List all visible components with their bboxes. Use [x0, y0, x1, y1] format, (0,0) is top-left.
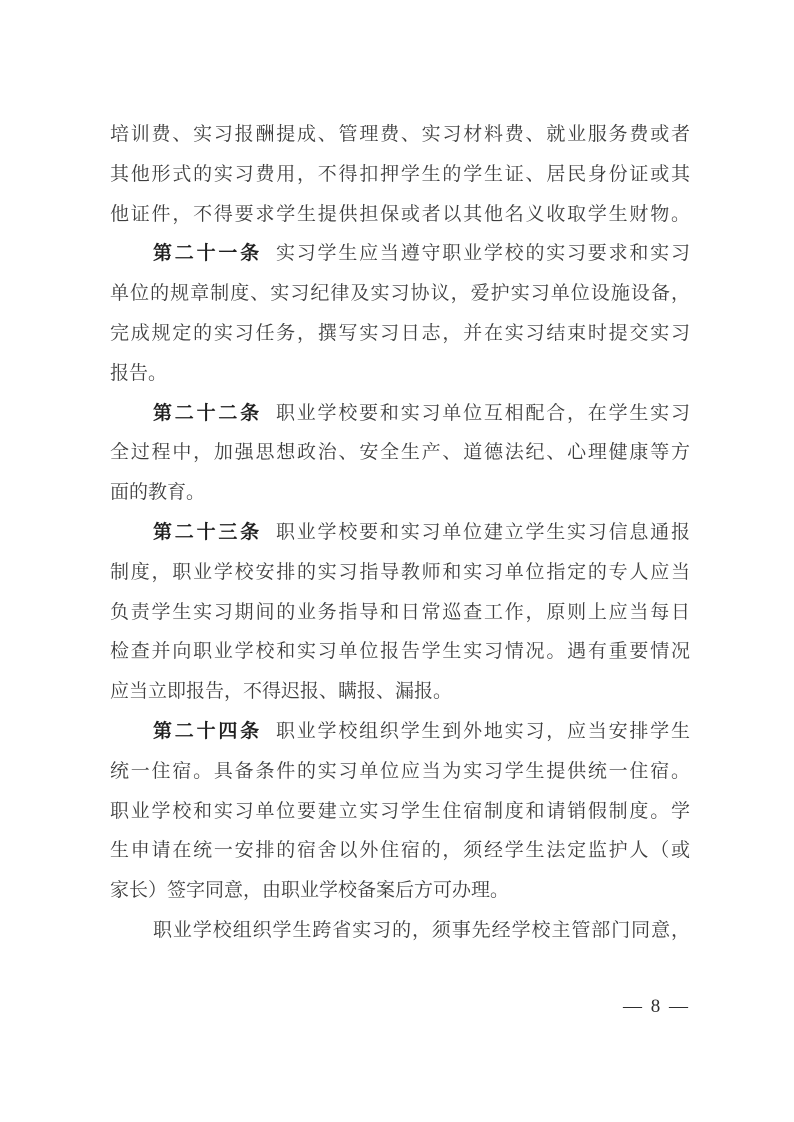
- text-line: 制度，职业学校安排的实习指导教师和实习单位指定的专人应当: [110, 553, 690, 593]
- line-text: 实习学生应当遵守职业学校的实习要求和实习: [276, 243, 690, 264]
- text-line: 其他形式的实习费用，不得扣押学生的学生证、居民身份证或其: [110, 155, 690, 195]
- line-text: 职业学校要和实习单位建立学生实习信息通报: [276, 522, 690, 543]
- text-line: 负责学生实习期间的业务指导和日常巡查工作，原则上应当每日: [110, 593, 690, 633]
- document-body: 培训费、实习报酬提成、管理费、实习材料费、就业服务费或者其他形式的实习费用，不得…: [110, 115, 690, 951]
- text-line: 培训费、实习报酬提成、管理费、实习材料费、就业服务费或者: [110, 115, 690, 155]
- article-number: 第二十一条: [153, 243, 262, 264]
- text-line: 单位的规章制度、实习纪律及实习协议，爱护实习单位设施设备，: [110, 274, 690, 314]
- text-line: 第二十三条职业学校要和实习单位建立学生实习信息通报: [110, 513, 690, 553]
- article-number: 第二十二条: [153, 403, 262, 424]
- text-line: 第二十二条职业学校要和实习单位互相配合，在学生实习: [110, 394, 690, 434]
- text-line: 统一住宿。具备条件的实习单位应当为实习学生提供统一住宿。: [110, 752, 690, 792]
- text-line: 生申请在统一安排的宿舍以外住宿的，须经学生法定监护人（或: [110, 831, 690, 871]
- text-line: 全过程中，加强思想政治、安全生产、道德法纪、心理健康等方: [110, 433, 690, 473]
- text-line: 他证件，不得要求学生提供担保或者以其他名义收取学生财物。: [110, 195, 690, 235]
- text-line: 完成规定的实习任务，撰写实习日志，并在实习结束时提交实习: [110, 314, 690, 354]
- line-text: 职业学校要和实习单位互相配合，在学生实习: [276, 403, 690, 424]
- page-number: — 8 —: [623, 995, 690, 1019]
- text-line: 第二十四条职业学校组织学生到外地实习，应当安排学生: [110, 712, 690, 752]
- article-number: 第二十四条: [153, 721, 262, 742]
- text-line: 应当立即报告，不得迟报、瞒报、漏报。: [110, 672, 690, 712]
- text-line: 职业学校和实习单位要建立实习学生住宿制度和请销假制度。学: [110, 792, 690, 832]
- text-line: 报告。: [110, 354, 690, 394]
- text-line: 家长）签字同意，由职业学校备案后方可办理。: [110, 871, 690, 911]
- text-line: 检查并向职业学校和实习单位报告学生实习情况。遇有重要情况: [110, 632, 690, 672]
- text-line: 第二十一条实习学生应当遵守职业学校的实习要求和实习: [110, 234, 690, 274]
- article-number: 第二十三条: [153, 522, 262, 543]
- document-page: 培训费、实习报酬提成、管理费、实习材料费、就业服务费或者其他形式的实习费用，不得…: [0, 0, 794, 1122]
- line-text: 职业学校组织学生到外地实习，应当安排学生: [276, 721, 690, 742]
- text-line: 职业学校组织学生跨省实习的，须事先经学校主管部门同意，: [110, 911, 690, 951]
- text-line: 面的教育。: [110, 473, 690, 513]
